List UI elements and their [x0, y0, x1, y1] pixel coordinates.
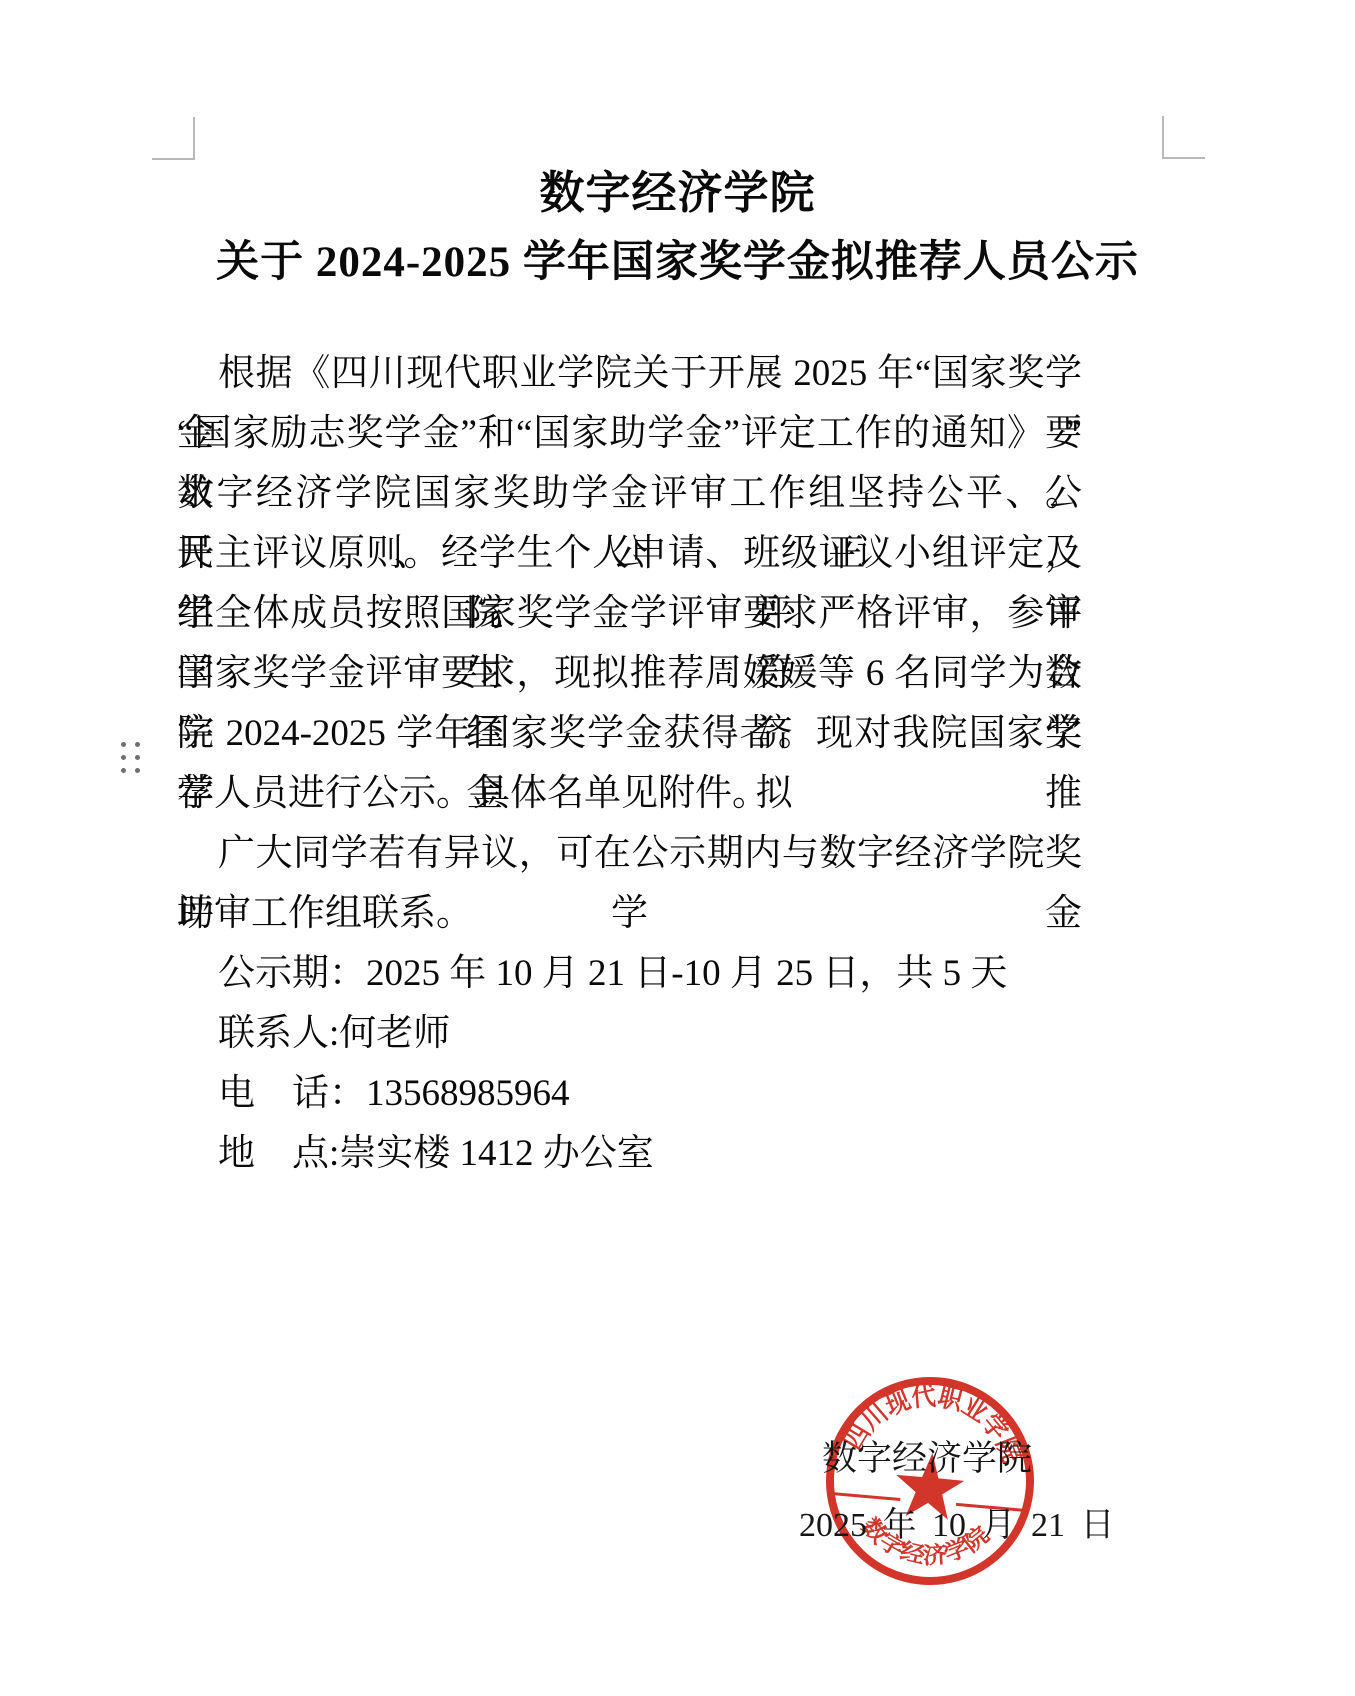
page-margin-corner-top-left: [152, 117, 195, 160]
body-line: 根据《四川现代职业学院关于开展 2025 年“国家奖学金”: [177, 344, 1082, 404]
document-page: { "header": { "title_line1": "数字经济学院", "…: [0, 0, 1355, 1696]
signature-date: 2025 年 10 月 21 日: [799, 1508, 1115, 1544]
official-seal-graphic: 四川现代职业学院 数字经济学院: [811, 1362, 1049, 1600]
body-text-block: 根据《四川现代职业学院关于开展 2025 年“国家奖学金” “国家励志奖学金”和…: [177, 344, 1082, 1184]
body-line: 民主评议原则。经学生个人申请、班级评议小组评定，学院评审: [177, 524, 1082, 584]
page-margin-corner-top-right: [1162, 116, 1205, 159]
document-subtitle: 关于 2024-2025 学年国家奖学金拟推荐人员公示: [0, 228, 1355, 289]
seal-left-rule: [829, 1493, 901, 1499]
publicity-period-line: 公示期：2025 年 10 月 21 日-10 月 25 日，共 5 天: [177, 944, 1082, 1004]
location-line: 地 点:崇实楼 1412 办公室: [177, 1124, 1082, 1184]
signature-department: 数字经济学院: [822, 1441, 1032, 1477]
paragraph-drag-handle-icon[interactable]: [121, 742, 143, 774]
body-line: 国家奖学金评审要求，现拟推荐周媛媛等 6 名同学为数字经济学: [177, 644, 1082, 704]
document-title: 数字经济学院: [0, 156, 1355, 221]
contact-person-line: 联系人:何老师: [177, 1004, 1082, 1064]
body-line: 院 2024-2025 学年国家奖学金获得者。现对我院国家奖学金拟推: [177, 704, 1082, 764]
body-line: 广大同学若有异议，可在公示期内与数字经济学院奖助学金: [177, 824, 1082, 884]
body-line: “国家励志奖学金”和“国家助学金”评定工作的通知》要求。: [177, 404, 1082, 464]
body-line: 数字经济学院国家奖助学金评审工作组坚持公平、公开、公正及: [177, 464, 1082, 524]
body-line: 组全体成员按照国家奖学金学评审要求严格评审，参评学生符合: [177, 584, 1082, 644]
phone-line: 电 话：13568985964: [177, 1064, 1082, 1124]
official-seal: 四川现代职业学院 数字经济学院: [811, 1362, 1049, 1600]
